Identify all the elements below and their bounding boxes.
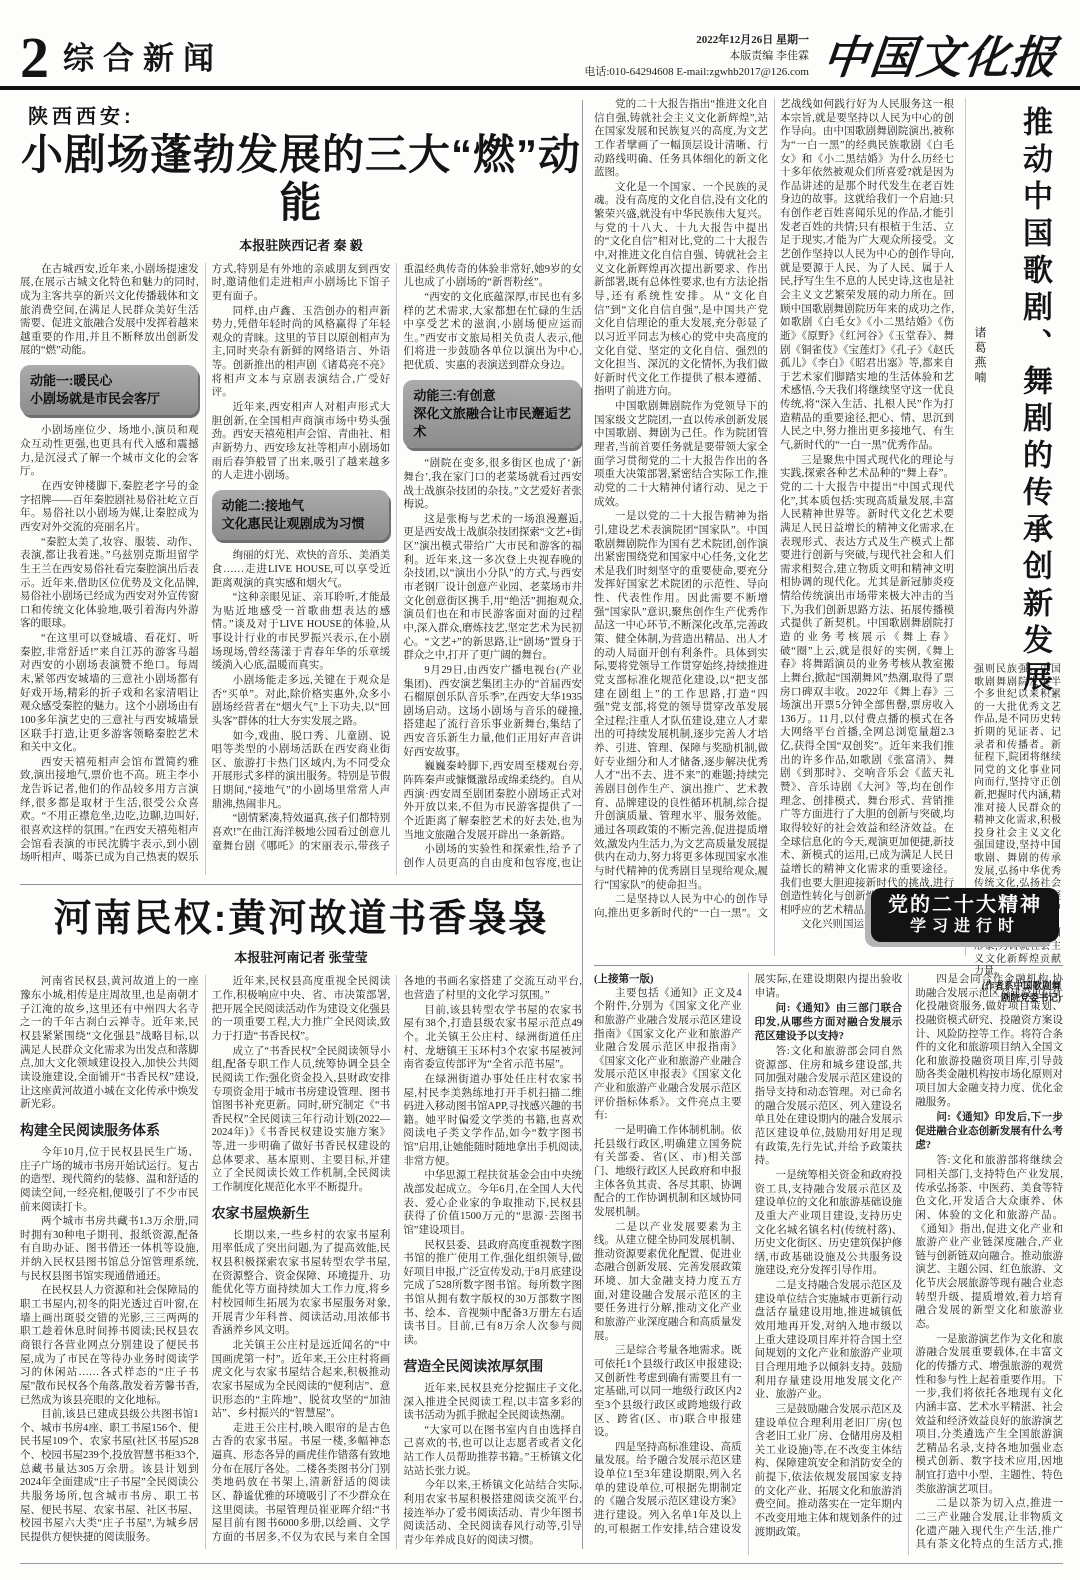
article-author: 诸葛燕喃 [972, 326, 989, 386]
article-tail-text: 强则民族强。中国歌剧舞剧院发展半个多世纪以来积累的一大批优秀文艺作品,是不同历史… [974, 664, 1061, 1006]
article-byline: 本报驻陕西记者 秦 毅 [20, 235, 582, 254]
article-headline: 小剧场蓬勃发展的三大“燃”动能 [20, 131, 582, 228]
party-spirit-badge: 党的二十大精神 学习进行时 [871, 888, 1059, 942]
article-body: 党的二十大报告指出“推进文化自信自强,铸就社会主义文化新辉煌”,站在国家发展和民… [594, 98, 954, 956]
paragraph: 同样,由卢鑫、玉浩创办的相声新势力,凭借年轻时尚的风格赢得了年轻观众的青睐。这里… [212, 305, 391, 400]
paragraph: 如今,戏曲、脱口秀、儿童剧、说唱等类型的小剧场活跃在西安商业街区、旅游打卡热门区… [212, 730, 391, 812]
header-meta-block: 2022年12月26日 星期一 本版责编 李佳霖 电话:010-64294608… [584, 32, 1062, 82]
paragraph: 长期以来,一些乡村的农家书屋利用率低成了突出问题,为了提高效能,民权县积极探索农… [212, 1229, 391, 1338]
page-body: 陕西西安: 小剧场蓬勃发展的三大“燃”动能 本报驻陕西记者 秦 毅 在古城西安,… [0, 90, 1080, 1555]
article-continued-body: (上接第一版)主要包括《通知》正文及4个附件,分别为《国家文化产业和旅游产业融合… [594, 973, 1063, 1555]
article-byline: 本报驻河南记者 张莹莹 [20, 947, 582, 966]
page-editor: 本版责编 李佳霖 [584, 48, 809, 64]
article-kicker: 陕西西安: [28, 100, 582, 129]
paragraph: “大家可以在图书室内自由选择自己喜欢的书,也可以让志愿者或者文化站工作人员帮助推… [403, 1424, 582, 1479]
paragraph: 绚丽的灯光、欢快的音乐、美酒美食……走进LIVE HOUSE,可以享受近距离观演… [212, 549, 391, 590]
paragraph: 成立了“书香民权”全民阅读领导小组,配备专职工作人员,统筹协调全县全民阅读工作;… [212, 1045, 391, 1195]
question-paragraph: 问:《通知》印发后,下一步促进融合业态创新发展有什么考虑? [915, 1111, 1063, 1152]
paragraph: “西安的文化底蕴深厚,市民也有多样的艺术需求,大家都想在忙碌的生活中享受艺术的滋… [403, 291, 582, 373]
paragraph: 中国歌剧舞剧院作为党领导下的国家级文艺院团,一直以传承创新发展中国歌剧、舞剧为己… [594, 400, 768, 509]
paragraph: “秦腔太美了,妆容、服装、动作、表演,都让我着迷。”乌兹别克斯坦留学生王兰在西安… [20, 536, 199, 631]
section-title: 综合新闻 [63, 33, 223, 82]
paragraph: 这是张梅与艺术的一场浪漫邂逅,更是西安战士战旗杂技团探索“文艺+街区”演出模式带… [403, 513, 582, 663]
badge-subtitle: 学习进行时 [871, 917, 1059, 936]
paragraph: “剧院在变多,很多街区也成了‘新舞台’,我在家门口的老菜场就看过西安战士战旗杂技… [403, 457, 582, 512]
paragraph: 三是综合考量各地需求。既可依托1个县级行政区申报建设;又创新性考虑到确有需要且有… [594, 1344, 742, 1439]
paragraph: 二是支持融合发展示范区及建设单位结合实施城市更新行动盘活存量建设用地,推进城镇低… [755, 1279, 903, 1402]
vertical-headline: 推动中国歌剧、舞剧的传承创新发展 [1017, 106, 1052, 698]
horizontal-divider [20, 884, 582, 885]
paragraph: 文化是一个国家、一个民族的灵魂。没有高度的文化自信,没有文化的繁荣兴盛,就没有中… [594, 181, 768, 399]
section-subhead-box: 动能二:接地气 文化惠民让观剧成为习惯 [212, 490, 390, 540]
paragraph: 河南省民权县,黄河故道上的一座豫东小城,相传是庄周故里,也是南朝才子江淹的故乡,… [20, 975, 199, 1111]
continued-note: (上接第一版) [594, 973, 742, 987]
article-body: 在古城西安,近年来,小剧场提速发展,在展示古城文化特色和魅力的同时,成为主客共享… [20, 263, 582, 875]
article-xian: 陕西西安: 小剧场蓬勃发展的三大“燃”动能 本报驻陕西记者 秦 毅 在古城西安,… [20, 100, 582, 875]
left-column-block: 陕西西安: 小剧场蓬勃发展的三大“燃”动能 本报驻陕西记者 秦 毅 在古城西安,… [20, 90, 582, 1555]
right-column-block: 党的二十大报告指出“推进文化自信自强,铸就社会主义文化新辉煌”,站在国家发展和民… [583, 90, 1063, 1555]
paragraph: 在西安钟楼脚下,秦腔老字号的金字招牌——百年秦腔剧社易俗社屹立百年。易俗社以小剧… [20, 480, 199, 535]
paragraph: “这种亲眼见证、亲耳聆听,才能最为贴近地感受一首歌曲想表达的感情。”谈及对于LI… [212, 591, 391, 673]
article-headline: 河南民权:黄河故道书香袅袅 [20, 899, 582, 941]
author-note: (作者系中国歌剧舞剧院党委书记) [974, 982, 1061, 1006]
masthead-logo: 中国文化报 [821, 35, 1065, 82]
section-subhead: 营造全民阅读浓厚氛围 [403, 1357, 582, 1375]
contact-line: 电话:010-64294608 E-mail:zgwhb2017@126.com [584, 64, 809, 80]
article-headline-strip: 推动中国歌剧、舞剧的传承创新发展 诸葛燕喃 强则民族强。中国歌剧舞剧院发展半个多… [965, 98, 1063, 956]
issue-date: 2022年12月26日 星期一 [584, 32, 809, 48]
paragraph: 党的二十大报告指出“推进文化自信自强,铸就社会主义文化新辉煌”,站在国家发展和民… [594, 98, 768, 180]
paragraph: 目前,该县已建成县级公共图书馆1个、城市书房4座、职工书屋156个、便民书屋10… [20, 1408, 199, 1544]
paragraph: 在民权县人力资源和社会保障局的职工书屋内,初冬的阳光透过百叶窗,在墙上画出斑驳交… [20, 1284, 199, 1407]
section-subhead-box: 动能三:有创意 深化文旅融合让市民邂逅艺术 [403, 380, 581, 449]
article-opera: 党的二十大报告指出“推进文化自信自强,铸就社会主义文化新辉煌”,站在国家发展和民… [594, 90, 1063, 956]
paragraph: 北关镇王公庄村是远近闻名的“中国画虎第一村”。近年来,王公庄村将画虎文化与农家书… [212, 1339, 391, 1421]
paragraph: 答:文化和旅游部会同自然资源部、住房和城乡建设部,共同加强对融合发展示范区建设的… [755, 1045, 903, 1168]
page-number: 2 [20, 33, 49, 82]
question-paragraph: 问:《通知》由三部门联合印发,从哪些方面对融合发展示范区建设予以支持? [755, 1002, 903, 1043]
paragraph: 目前,该县转型农学书屋的农家书屋有38个,打造县级农家书屋示范点49个。北关镇王… [403, 1004, 582, 1072]
paragraph: 今年以来,王桥镇文化站结合实际,利用农家书屋积极搭建阅读交流平台,接连举办了爱书… [403, 1479, 582, 1547]
paragraph: 三是鼓励融合发展示范区及建设单位合理利用老旧厂房(包含老旧工业厂房、仓储用房及相… [755, 1403, 903, 1539]
paragraph: 近年来,民权县高度重视全民阅读工作,积极响应中央、省、市决策部署,把开展全民阅读… [212, 975, 391, 1043]
newspaper-page: 2 综合新闻 2022年12月26日 星期一 本版责编 李佳霖 电话:010-6… [0, 0, 1080, 1580]
paragraph: 两个城市书房共藏书1.3万余册,同时拥有30种电子期刊、报纸资源,配备有自助办证… [20, 1215, 199, 1283]
paragraph: 答:文化和旅游部将继续会同相关部门,支持特色产业发展,传承弘扬茶、中医药、美食等… [915, 1154, 1063, 1331]
paragraph: 在绿洲街道办事处任庄村农家书屋,村民李美熟练地打开手机扫描二维码进入移动图书馆A… [403, 1073, 582, 1168]
paragraph: 在古城西安,近年来,小剧场提速发展,在展示古城文化特色和魅力的同时,成为主客共享… [20, 263, 199, 358]
paragraph: 近年来,西安相声人对相声形式大胆创新,在全国相声商演市场中势头强劲。西安天禧苑相… [212, 401, 391, 483]
section-subhead: 构建全民阅读服务体系 [20, 1121, 199, 1139]
article-body: 河南省民权县,黄河故道上的一座豫东小城,相传是庄周故里,也是南朝才子江淹的故乡,… [20, 975, 582, 1549]
paragraph: 一是明确工作体制机制。依托县级行政区,明确建立国务院有关部委、省(区、市)相关部… [594, 1124, 742, 1219]
paragraph: 一是旅游演艺作为文化和旅游融合发展重要载体,在丰富文化的传播方式、增强旅游的观赏… [915, 1333, 1063, 1497]
paragraph: 主要包括《通知》正文及4个附件,分别为《国家文化产业和旅游产业融合发展示范区建设… [594, 987, 742, 1123]
header-meta: 2022年12月26日 星期一 本版责编 李佳霖 电话:010-64294608… [584, 32, 809, 82]
paragraph: 巍巍秦岭脚下,西安周至楼观台旁,阵阵秦声或慷慨激昂或绵柔绕约。自从西演·西安周至… [403, 760, 582, 842]
paragraph: 三是聚焦中国式现代化的理论与实践,探索各种艺术品种的“舞上春”。党的二十大报告中… [780, 454, 954, 918]
paragraph: 9月29日,由西安广播电视台(产业集团)、西安演艺集团主办的“首届西安石榴原创乐… [403, 664, 582, 759]
paragraph: 近年来,民权县充分挖掘庄子文化,深入推进全民阅读工程,以丰富多彩的读书活动为抓手… [403, 1382, 582, 1423]
paragraph: 一是以党的二十大报告精神为指引,建设艺术表演院团“国家队”。中国歌剧舞剧院作为国… [594, 510, 768, 892]
paragraph: 小剧场能走多远,关键在于观众是否“买单”。对此,除价格实惠外,众多小剧场经营者在… [212, 674, 391, 729]
bottom-rule [20, 1563, 1063, 1564]
section-subhead: 农家书屋焕新生 [212, 1204, 391, 1222]
paragraph: 民权县委、县政府高度重视数字图书馆的推广使用工作,强化组织领导,做好项目申报,广… [403, 1239, 582, 1348]
page-header: 2 综合新闻 2022年12月26日 星期一 本版责编 李佳霖 电话:010-6… [0, 0, 1080, 90]
paragraph: 中华思源工程扶贫基金会由中央统战部发起成立。今年6月,在全国人大代表、爱心企业家… [403, 1169, 582, 1237]
paragraph: “在这里可以登城墙、看花灯、听秦腔,非常舒适!”来自江苏的游客马超对西安的小剧场… [20, 632, 199, 755]
article-minquan: 河南民权:黄河故道书香袅袅 本报驻河南记者 张莹莹 河南省民权县,黄河故道上的一… [20, 899, 582, 1550]
paragraph: 二是以产业发展要素为主线。从建立健全协同发展机制、推动资源要素优化配置、促进业态… [594, 1221, 742, 1344]
section-subhead-box: 动能一:暖民心 小剧场就是市民会客厅 [20, 365, 198, 415]
badge-title: 党的二十大精神 [871, 893, 1059, 917]
paragraph: 小剧场座位少、场地小,演员和观众互动性更强,也更具有代入感和震撼力,是沉浸式了解… [20, 424, 199, 479]
section-block: 2 综合新闻 [20, 33, 223, 82]
paragraph: 一是统筹相关资金和政府投资工具,支持融合发展示范区及建设单位的文化和旅游基础设施… [755, 1169, 903, 1278]
paragraph: 今年10月,位于民权县民生广场、庄子广场的城市书房开始试运行。复古的造型、现代简… [20, 1146, 199, 1214]
